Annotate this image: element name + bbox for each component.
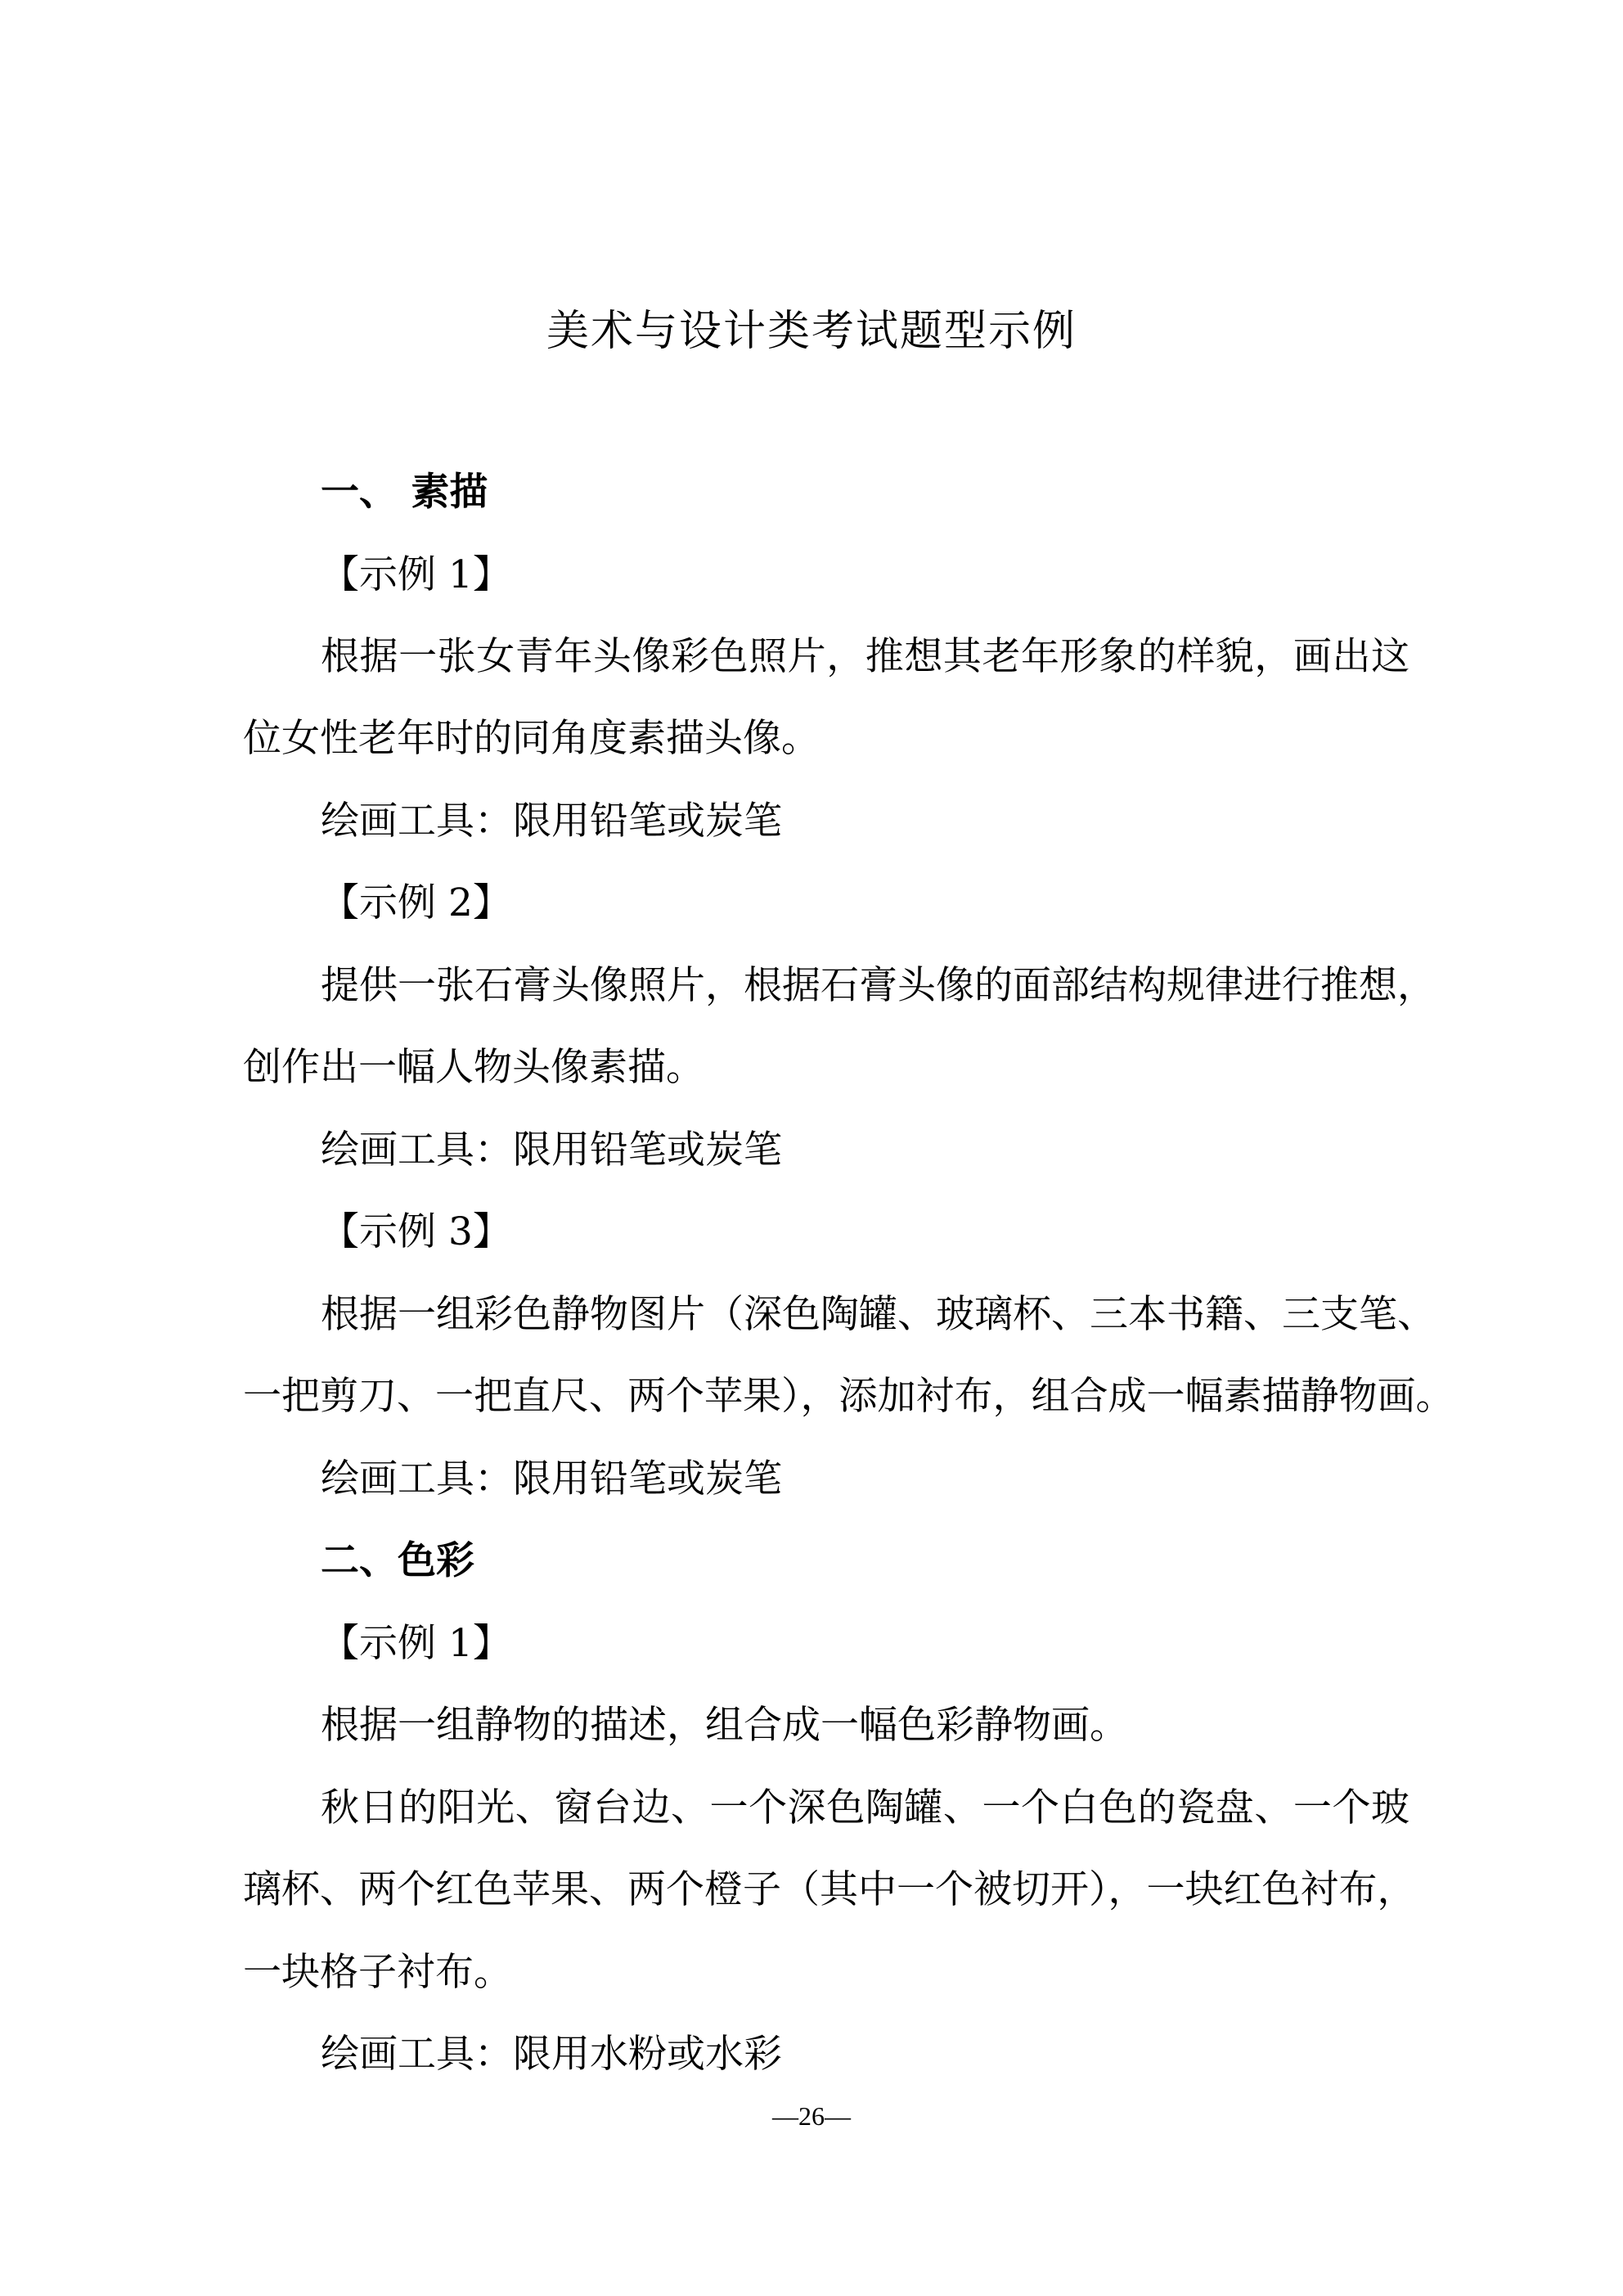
example-label: 【示例 2】: [321, 879, 1487, 928]
paragraph-line: 一把剪刀、一把直尺、两个苹果），添加衬布，组合成一幅素描静物画。: [243, 1372, 1409, 1421]
paragraph-line: 提供一张石膏头像照片，根据石膏头像的面部结构规律进行推想，: [321, 961, 1409, 1011]
paragraph-line: 创作出一幅人物头像素描。: [243, 1043, 1409, 1092]
drawing-tools-line: 绘画工具：限用铅笔或炭笔: [321, 797, 1487, 846]
example-label: 【示例 1】: [321, 1619, 1487, 1668]
paragraph-line: 根据一组静物的描述，组合成一幅色彩静物画。: [321, 1701, 1487, 1750]
paragraph-line: 璃杯、两个红色苹果、两个橙子（其中一个被切开），一块红色衬布，: [243, 1866, 1409, 1915]
drawing-tools-line: 绘画工具：限用水粉或水彩: [321, 2030, 1487, 2079]
example-label: 【示例 3】: [321, 1208, 1487, 1257]
example-label: 【示例 1】: [321, 551, 1487, 600]
paragraph-line: 根据一组彩色静物图片（深色陶罐、玻璃杯、三本书籍、三支笔、: [321, 1290, 1409, 1339]
drawing-tools-line: 绘画工具：限用铅笔或炭笔: [321, 1126, 1487, 1175]
paragraph-line: 根据一张女青年头像彩色照片，推想其老年形象的样貌，画出这: [321, 633, 1409, 682]
page-number: —26—: [0, 2101, 1623, 2132]
page-title: 美术与设计类考试题型示例: [0, 296, 1623, 358]
section-heading-color: 二、色彩: [321, 1537, 1487, 1586]
drawing-tools-line: 绘画工具：限用铅笔或炭笔: [321, 1455, 1487, 1504]
paragraph-line: 秋日的阳光、窗台边、一个深色陶罐、一个白色的瓷盘、一个玻: [321, 1784, 1409, 1833]
paragraph-line: 位女性老年时的同角度素描头像。: [243, 714, 1409, 763]
section-heading-sketch: 一、 素描: [321, 468, 1487, 517]
paragraph-line: 一块格子衬布。: [243, 1948, 1409, 1997]
